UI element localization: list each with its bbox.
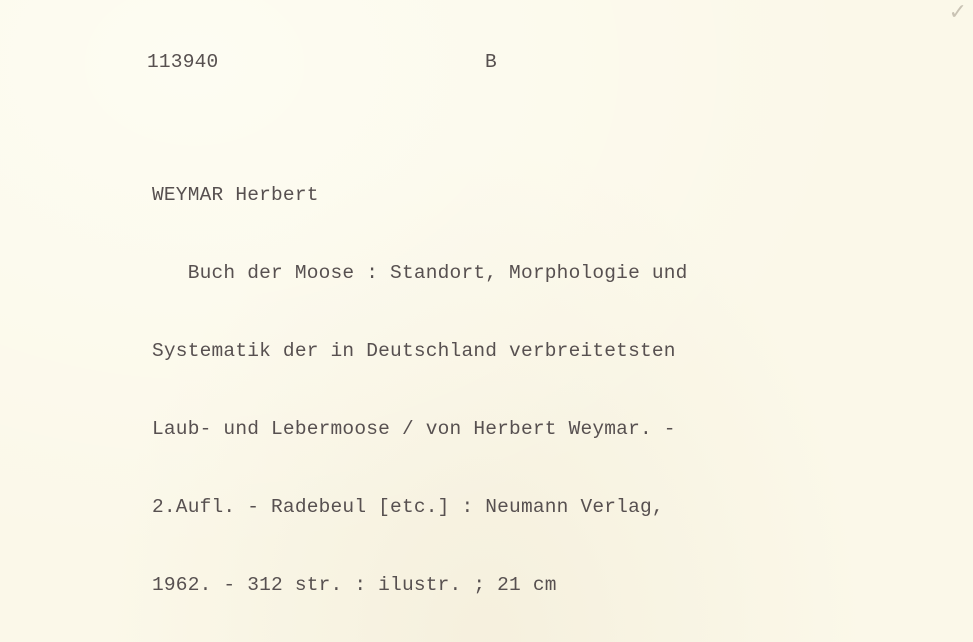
author-heading: WEYMAR Herbert xyxy=(152,182,688,208)
shelf-mark: B xyxy=(485,51,497,73)
record-line-title: Buch der Moose : Standort, Morphologie u… xyxy=(152,260,688,286)
bibliographic-record: WEYMAR Herbert Buch der Moose : Standort… xyxy=(152,130,688,642)
record-line-description: 1962. - 312 str. : ilustr. ; 21 cm xyxy=(152,572,688,598)
check-mark-icon: ✓ xyxy=(949,0,967,25)
record-line-publication: 2.Aufl. - Radebeul [etc.] : Neumann Verl… xyxy=(152,494,688,520)
catalog-card: ✓ 113940 B WEYMAR Herbert Buch der Moose… xyxy=(0,0,973,642)
record-line-responsibility: Laub- und Lebermoose / von Herbert Weyma… xyxy=(152,416,688,442)
accession-number: 113940 xyxy=(147,51,218,73)
record-line-title-cont: Systematik der in Deutschland verbreitet… xyxy=(152,338,688,364)
